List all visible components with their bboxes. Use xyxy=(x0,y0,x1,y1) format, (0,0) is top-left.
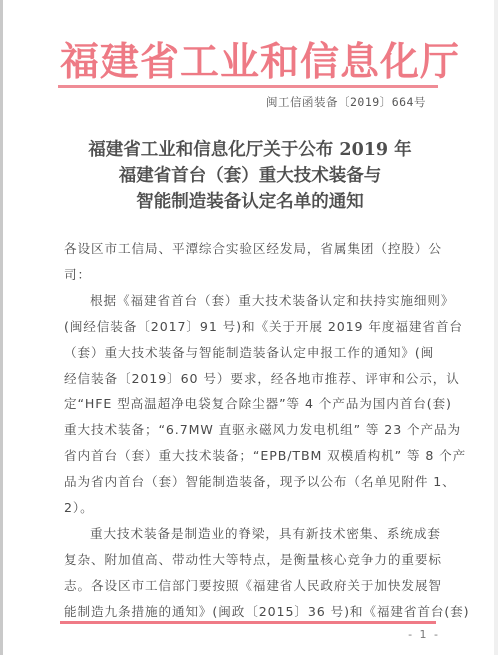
body-line: (闽经信装备〔2017〕91 号)和《关于开展 2019 年度福建省首台 xyxy=(64,314,444,340)
body-line: 志。各设区市工信部门要按照《福建省人民政府关于加快发展智 xyxy=(64,573,444,599)
body-line: 司： xyxy=(64,262,444,288)
body-line: 定“HFE 型高温超净电袋复合除尘器”等 4 个产品为国内首台(套) xyxy=(64,391,444,417)
document-body: 各设区市工信局、平潭综合实验区经发局，省属集团（控股）公 司： 根据《福建省首台… xyxy=(64,236,444,625)
body-line: 2）。 xyxy=(64,495,444,521)
scan-left-edge xyxy=(0,0,3,655)
body-line: 复杂、附加值高、带动性大等特点，是衡量核心竞争力的重要标 xyxy=(64,547,444,573)
title-line: 福建省首台（套）重大技术装备与 xyxy=(50,163,450,189)
title-line: 福建省工业和信息化厅关于公布 2019 年 xyxy=(50,137,450,163)
letterhead-red-rule xyxy=(58,85,438,88)
body-line: 经信装备〔2019〕60 号）要求，经各地市推荐、评审和公示，认 xyxy=(64,366,444,392)
body-line: 重大技术装备是制造业的脊梁，具有新技术密集、系统成套 xyxy=(64,521,444,547)
body-line: 根据《福建省首台（套）重大技术装备认定和扶持实施细则》 xyxy=(64,288,444,314)
body-line: 重大技术装备；“6.7MW 直驱永磁风力发电机组” 等 23 个产品为 xyxy=(64,417,444,443)
document-page: 福建省工业和信息化厅 闽工信函装备〔2019〕664号 福建省工业和信息化厅关于… xyxy=(0,0,498,655)
scan-right-edge xyxy=(494,0,498,655)
footer-red-rule xyxy=(60,621,436,624)
agency-letterhead: 福建省工业和信息化厅 xyxy=(60,38,440,86)
title-line: 智能制造装备认定名单的通知 xyxy=(50,189,450,215)
document-number: 闽工信函装备〔2019〕664号 xyxy=(266,94,446,110)
document-title: 福建省工业和信息化厅关于公布 2019 年 福建省首台（套）重大技术装备与 智能… xyxy=(50,137,450,215)
body-line: （套）重大技术装备与智能制造装备认定申报工作的通知》(闽 xyxy=(64,340,444,366)
body-line: 品为省内首台（套）智能制造装备，现予以公布（名单见附件 1、 xyxy=(64,469,444,495)
body-line: 各设区市工信局、平潭综合实验区经发局，省属集团（控股）公 xyxy=(64,236,444,262)
body-line: 省内首台（套）重大技术装备；“EPB/TBM 双模盾构机” 等 8 个产 xyxy=(64,443,444,469)
page-number: - 1 - xyxy=(400,628,440,641)
